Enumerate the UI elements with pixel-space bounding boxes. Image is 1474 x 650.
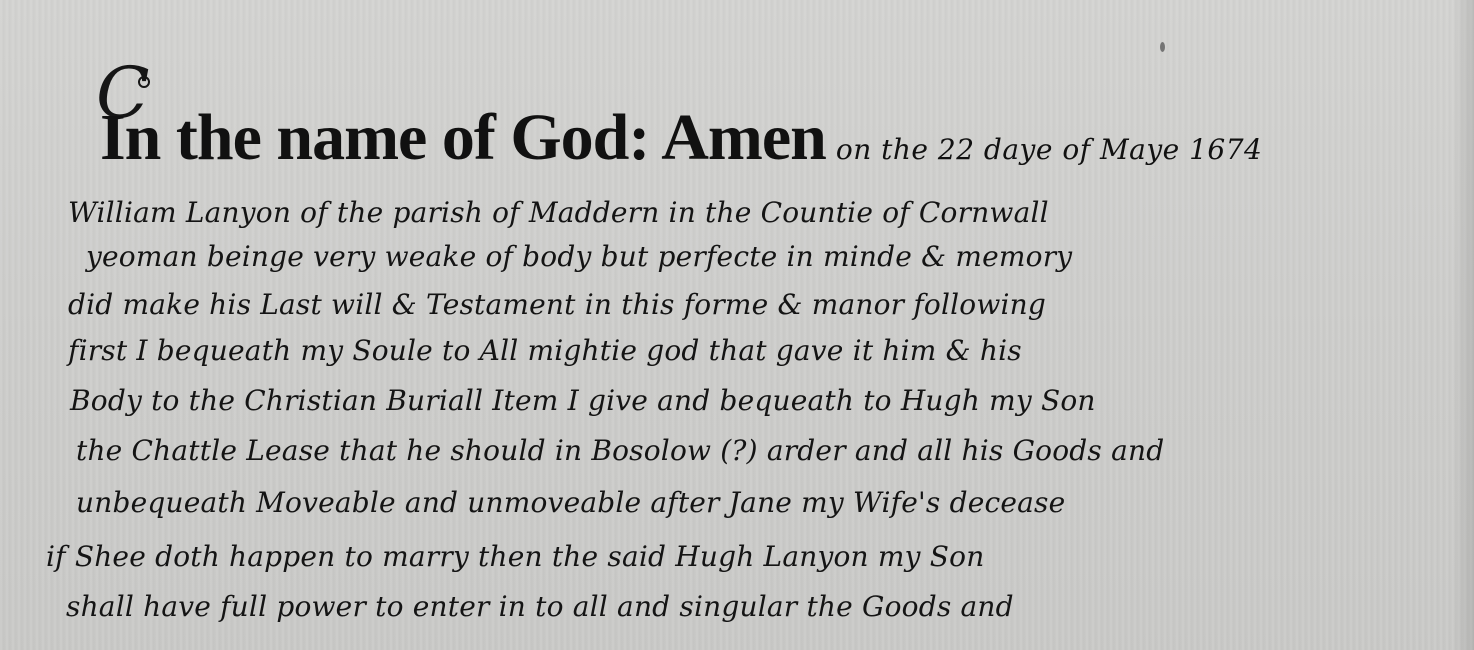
flourish-loop-icon — [138, 76, 150, 88]
ink-speck — [1160, 42, 1165, 52]
manuscript-line: William Lanyon of the parish of Maddern … — [68, 196, 1049, 229]
page-edge-shadow — [1452, 0, 1474, 650]
invocation-heading: In the name of God: Amenon the 22 daye o… — [100, 100, 1262, 176]
manuscript-line: first I bequeath my Soule to All mightie… — [68, 334, 1022, 367]
manuscript-line: if Shee doth happen to marry then the sa… — [46, 540, 984, 573]
manuscript-line: shall have full power to enter in to all… — [66, 590, 1014, 623]
invocation-text: In the name of God: Amen — [100, 101, 826, 174]
manuscript-line: yeoman beinge very weake of body but per… — [86, 240, 1072, 273]
manuscript-line: Body to the Christian Buriall Item I giv… — [70, 384, 1096, 417]
manuscript-page: C In the name of God: Amenon the 22 daye… — [0, 0, 1474, 650]
date-phrase: on the 22 daye of Maye 1674 — [836, 133, 1263, 166]
manuscript-line: did make his Last will & Testament in th… — [68, 288, 1046, 321]
manuscript-line: the Chattle Lease that he should in Boso… — [76, 434, 1164, 467]
manuscript-line: unbequeath Moveable and unmoveable after… — [76, 486, 1065, 519]
